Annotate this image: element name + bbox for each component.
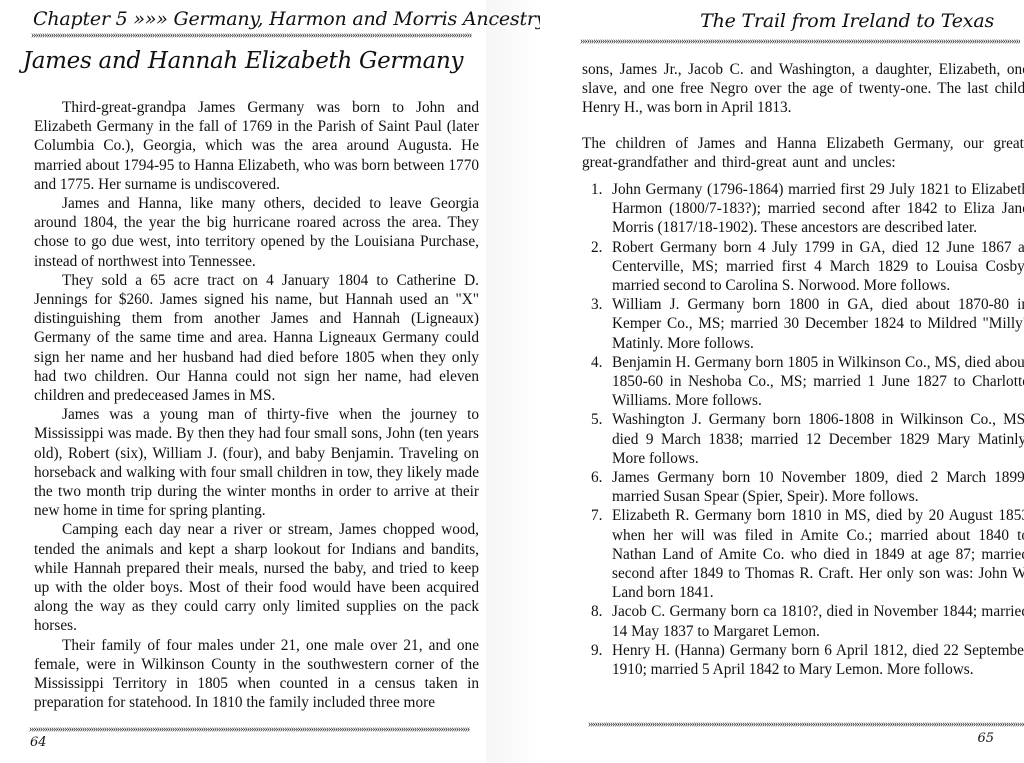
list-number: 8.: [591, 602, 602, 621]
chevron-divider-top: »»»»»»»»»»»»»»»»»»»»»»»»»»»»»»»»»»»»»»»»…: [31, 30, 472, 40]
list-number: 1.: [591, 180, 602, 199]
body-text: Third-great-grandpa James Germany was bo…: [34, 98, 479, 713]
list-item-text: Elizabeth R. Germany born 1810 in MS, di…: [612, 507, 1024, 601]
list-intro: The children of James and Hanna Elizabet…: [582, 134, 1024, 172]
paragraph: James and Hanna, like many others, decid…: [34, 194, 479, 271]
book-gutter: [486, 0, 540, 763]
page-number: 64: [30, 735, 47, 750]
left-page: Chapter 5 »»» Germany, Harmon and Morris…: [0, 0, 486, 763]
continued-paragraph: sons, James Jr., Jacob C. and Washington…: [582, 60, 1024, 118]
chevron-divider-top: »»»»»»»»»»»»»»»»»»»»»»»»»»»»»»»»»»»»»»»»…: [580, 36, 1020, 46]
list-item: 3.William J. Germany born 1800 in GA, di…: [582, 295, 1024, 353]
chevron-divider-bottom: »»»»»»»»»»»»»»»»»»»»»»»»»»»»»»»»»»»»»»»»…: [29, 724, 470, 734]
list-number: 7.: [591, 506, 602, 525]
paragraph: Third-great-grandpa James Germany was bo…: [34, 98, 479, 194]
book-running-head: The Trail from Ireland to Texas: [700, 10, 994, 32]
page-number: 65: [977, 731, 994, 746]
paragraph: Their family of four males under 21, one…: [34, 636, 479, 713]
chevron-divider-bottom: »»»»»»»»»»»»»»»»»»»»»»»»»»»»»»»»»»»»»»»»…: [588, 719, 1024, 729]
list-item: 1.John Germany (1796-1864) married first…: [582, 180, 1024, 238]
list-item: 2.Robert Germany born 4 July 1799 in GA,…: [582, 238, 1024, 296]
list-item-text: Jacob C. Germany born ca 1810?, died in …: [612, 603, 1024, 639]
list-item: 4.Benjamin H. Germany born 1805 in Wilki…: [582, 353, 1024, 411]
list-item: 6.James Germany born 10 November 1809, d…: [582, 468, 1024, 506]
list-item: 7.Elizabeth R. Germany born 1810 in MS, …: [582, 506, 1024, 602]
list-item: 5.Washington J. Germany born 1806-1808 i…: [582, 410, 1024, 468]
list-number: 9.: [591, 641, 602, 660]
list-item-text: William J. Germany born 1800 in GA, died…: [612, 296, 1024, 351]
list-number: 2.: [591, 238, 602, 257]
book-spread: Chapter 5 »»» Germany, Harmon and Morris…: [0, 0, 1024, 763]
list-item: 8.Jacob C. Germany born ca 1810?, died i…: [582, 602, 1024, 640]
list-item-text: Robert Germany born 4 July 1799 in GA, d…: [612, 239, 1024, 294]
paragraph: Camping each day near a river or stream,…: [34, 520, 479, 635]
list-number: 6.: [591, 468, 602, 487]
right-page: The Trail from Ireland to Texas »»»»»»»»…: [540, 0, 1024, 763]
list-number: 4.: [591, 353, 602, 372]
list-number: 3.: [591, 295, 602, 314]
chapter-running-head: Chapter 5 »»» Germany, Harmon and Morris…: [33, 8, 546, 30]
list-item-text: John Germany (1796-1864) married first 2…: [612, 181, 1024, 236]
section-title: James and Hannah Elizabeth Germany: [0, 48, 486, 74]
list-item-text: Washington J. Germany born 1806-1808 in …: [612, 411, 1024, 466]
list-number: 5.: [591, 410, 602, 429]
list-item-text: James Germany born 10 November 1809, die…: [612, 469, 1024, 505]
paragraph: James was a young man of thirty-five whe…: [34, 405, 479, 520]
paragraph: They sold a 65 acre tract on 4 January 1…: [34, 271, 479, 405]
list-item: 9.Henry H. (Hanna) Germany born 6 April …: [582, 641, 1024, 679]
list-item-text: Benjamin H. Germany born 1805 in Wilkins…: [612, 354, 1024, 409]
list-item-text: Henry H. (Hanna) Germany born 6 April 18…: [612, 642, 1024, 678]
children-list: 1.John Germany (1796-1864) married first…: [582, 180, 1024, 679]
